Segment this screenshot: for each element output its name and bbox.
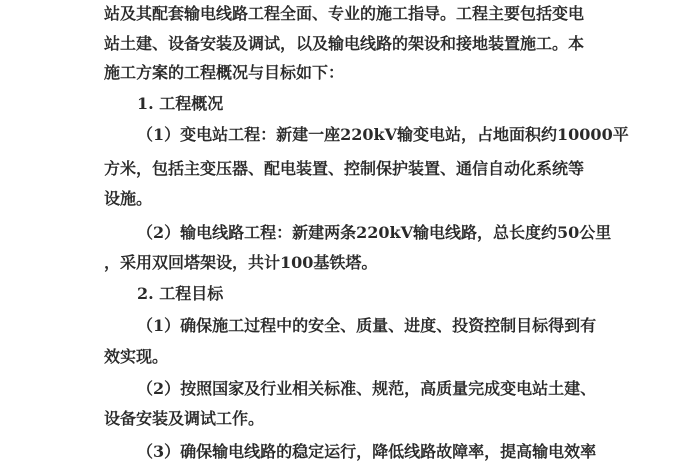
paragraph-line: 施工方案的工程概况与目标如下： [104, 63, 586, 83]
paragraph-line: ，采用双回塔架设，共计100基铁塔。 [104, 253, 586, 273]
paragraph-line: 效实现。 [104, 347, 586, 367]
paragraph-line: （2）输电线路工程：新建两条220kV输电线路，总长度约50公里 [137, 223, 619, 243]
section-heading-goals: 2. 工程目标 [137, 284, 619, 304]
paragraph-line: 设备安装及调试工作。 [104, 409, 586, 429]
paragraph-line: 方米，包括主变压器、配电装置、控制保护装置、通信自动化系统等 [104, 159, 586, 179]
section-heading-overview: 1. 工程概况 [137, 94, 619, 114]
paragraph-line: （3）确保输电线路的稳定运行，降低线路故障率，提高输电效率 [137, 442, 619, 462]
paragraph-line: 站土建、设备安装及调试，以及输电线路的架设和接地装置施工。本 [104, 34, 586, 54]
paragraph-line: （1）确保施工过程中的安全、质量、进度、投资控制目标得到有 [137, 316, 619, 336]
paragraph-line: 设施。 [104, 189, 586, 209]
paragraph-line: （2）按照国家及行业相关标准、规范，高质量完成变电站土建、 [137, 379, 619, 399]
paragraph-line: 站及其配套输电线路工程全面、专业的施工指导。工程主要包括变电 [104, 4, 586, 24]
document-page: 站及其配套输电线路工程全面、专业的施工指导。工程主要包括变电 站土建、设备安装及… [0, 0, 700, 470]
paragraph-line: （1）变电站工程：新建一座220kV输变电站，占地面积约10000平 [137, 125, 619, 145]
